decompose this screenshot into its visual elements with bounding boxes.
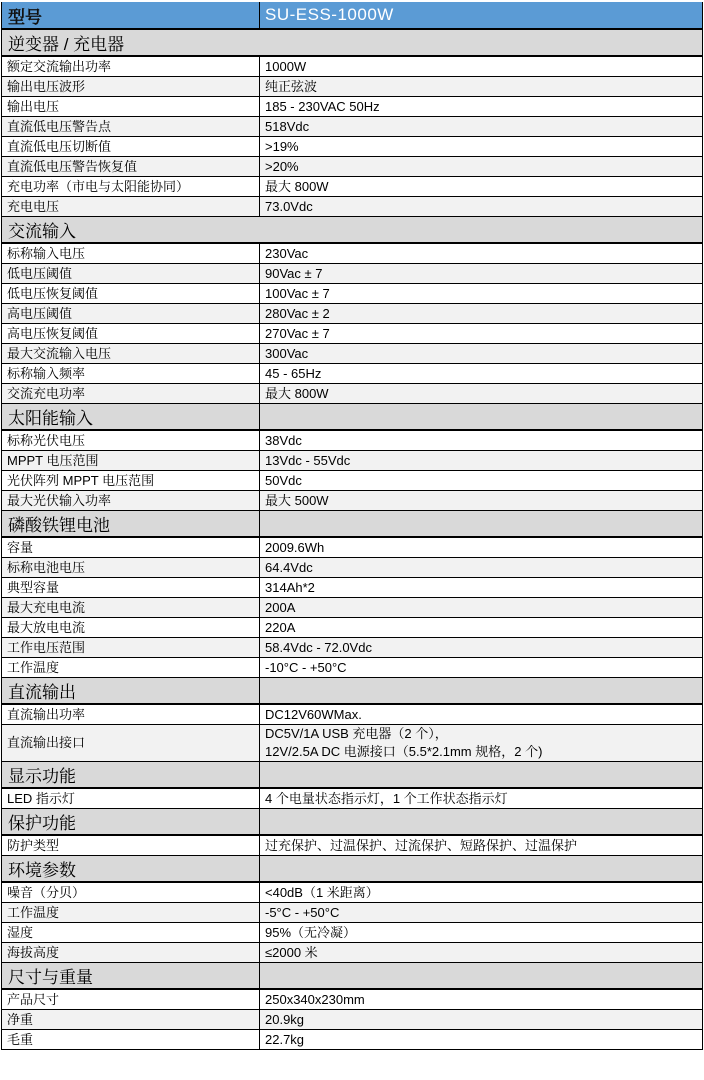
spec-row: 标称光伏电压38Vdc (2, 430, 703, 451)
section-header-row: 保护功能 (2, 809, 703, 836)
spec-row-label: 直流低电压警告点 (2, 117, 260, 137)
spec-row-label: 工作电压范围 (2, 638, 260, 658)
section-header-row: 磷酸铁锂电池 (2, 511, 703, 538)
spec-row: 净重20.9kg (2, 1010, 703, 1030)
spec-row-value: 95%（无冷凝） (260, 923, 703, 943)
spec-row-value: <40dB（1 米距离） (260, 882, 703, 903)
section-title: 保护功能 (2, 809, 260, 836)
spec-row-label: 高电压阈值 (2, 304, 260, 324)
spec-row-value: 230Vac (260, 243, 703, 264)
spec-row-value: 2009.6Wh (260, 537, 703, 558)
spec-row: 海拔高度≤2000 米 (2, 943, 703, 963)
spec-row-value: 纯正弦波 (260, 77, 703, 97)
spec-row-label: 交流充电功率 (2, 384, 260, 404)
spec-row-label: 海拔高度 (2, 943, 260, 963)
spec-row: 工作温度-10°C - +50°C (2, 658, 703, 678)
spec-row-label: 直流低电压切断值 (2, 137, 260, 157)
spec-row: 低电压恢复阈值100Vac ± 7 (2, 284, 703, 304)
spec-row-value: 最大 500W (260, 491, 703, 511)
spec-row-value: 20.9kg (260, 1010, 703, 1030)
spec-row-value: DC12V60WMax. (260, 704, 703, 725)
spec-row-value: 270Vac ± 7 (260, 324, 703, 344)
spec-row: 交流充电功率最大 800W (2, 384, 703, 404)
spec-row-label: 最大充电电流 (2, 598, 260, 618)
spec-row-value: 最大 800W (260, 177, 703, 197)
spec-row-value: >19% (260, 137, 703, 157)
section-title-spacer (260, 809, 703, 836)
spec-row-value: 250x340x230mm (260, 989, 703, 1010)
spec-row: 标称输入频率45 - 65Hz (2, 364, 703, 384)
section-title-spacer (260, 678, 703, 705)
spec-row-label: 容量 (2, 537, 260, 558)
section-header-row: 逆变器 / 充电器 (2, 29, 703, 56)
model-value: SU-ESS-1000W (260, 2, 703, 29)
spec-row-value: 518Vdc (260, 117, 703, 137)
spec-row-label: 最大放电电流 (2, 618, 260, 638)
spec-sheet: 型号 SU-ESS-1000W 逆变器 / 充电器额定交流输出功率1000W输出… (0, 0, 704, 1050)
section-title-spacer (260, 511, 703, 538)
spec-row-value: 过充保护、过温保护、过流保护、短路保护、过温保护 (260, 835, 703, 856)
spec-row-label: 工作温度 (2, 658, 260, 678)
spec-row-value: 90Vac ± 7 (260, 264, 703, 284)
spec-row-label: 额定交流输出功率 (2, 56, 260, 77)
section-title-spacer (260, 856, 703, 883)
spec-row-value: DC5V/1A USB 充电器（2 个）， 12V/2.5A DC 电源接口（5… (260, 725, 703, 762)
spec-row-value: 4 个电量状态指示灯，1 个工作状态指示灯 (260, 788, 703, 809)
spec-row-value: 73.0Vdc (260, 197, 703, 217)
spec-row-label: 湿度 (2, 923, 260, 943)
section-title: 尺寸与重量 (2, 963, 260, 990)
spec-row-label: 毛重 (2, 1030, 260, 1050)
spec-row: 高电压恢复阈值270Vac ± 7 (2, 324, 703, 344)
spec-row-label: 光伏阵列 MPPT 电压范围 (2, 471, 260, 491)
spec-row-value: 100Vac ± 7 (260, 284, 703, 304)
spec-row: 光伏阵列 MPPT 电压范围50Vdc (2, 471, 703, 491)
spec-row-value: 200A (260, 598, 703, 618)
spec-row: 工作电压范围58.4Vdc - 72.0Vdc (2, 638, 703, 658)
spec-row-value: 280Vac ± 2 (260, 304, 703, 324)
spec-row-label: 标称输入电压 (2, 243, 260, 264)
section-header-row: 太阳能输入 (2, 404, 703, 431)
spec-row: 最大充电电流200A (2, 598, 703, 618)
model-label: 型号 (2, 2, 260, 29)
spec-row: 低电压阈值90Vac ± 7 (2, 264, 703, 284)
spec-row: 典型容量314Ah*2 (2, 578, 703, 598)
spec-row-value: 314Ah*2 (260, 578, 703, 598)
spec-row: 充电电压73.0Vdc (2, 197, 703, 217)
section-title: 显示功能 (2, 762, 260, 789)
spec-row-value: 13Vdc - 55Vdc (260, 451, 703, 471)
spec-row: 产品尺寸250x340x230mm (2, 989, 703, 1010)
spec-table: 型号 SU-ESS-1000W 逆变器 / 充电器额定交流输出功率1000W输出… (1, 2, 703, 1050)
spec-row: 毛重22.7kg (2, 1030, 703, 1050)
spec-row: 最大交流输入电压300Vac (2, 344, 703, 364)
spec-row-label: 低电压恢复阈值 (2, 284, 260, 304)
spec-row-label: 直流低电压警告恢复值 (2, 157, 260, 177)
spec-row-label: 低电压阈值 (2, 264, 260, 284)
spec-row: 直流输出接口DC5V/1A USB 充电器（2 个）， 12V/2.5A DC … (2, 725, 703, 762)
spec-row: 额定交流输出功率1000W (2, 56, 703, 77)
spec-row-value: 220A (260, 618, 703, 638)
spec-row-value: 38Vdc (260, 430, 703, 451)
spec-row-value: 64.4Vdc (260, 558, 703, 578)
spec-row-value: 45 - 65Hz (260, 364, 703, 384)
section-header-row: 交流输入 (2, 217, 703, 244)
spec-row-value: 50Vdc (260, 471, 703, 491)
section-title-spacer (260, 762, 703, 789)
section-header-row: 显示功能 (2, 762, 703, 789)
section-title-spacer (260, 963, 703, 990)
spec-row: 标称输入电压230Vac (2, 243, 703, 264)
section-title: 交流输入 (2, 217, 703, 244)
spec-row-value: 1000W (260, 56, 703, 77)
spec-row-label: 输出电压波形 (2, 77, 260, 97)
spec-row-value: 58.4Vdc - 72.0Vdc (260, 638, 703, 658)
model-row: 型号 SU-ESS-1000W (2, 2, 703, 29)
spec-row-value: >20% (260, 157, 703, 177)
section-title-spacer (260, 404, 703, 431)
spec-row: 防护类型过充保护、过温保护、过流保护、短路保护、过温保护 (2, 835, 703, 856)
spec-row-value: 185 - 230VAC 50Hz (260, 97, 703, 117)
spec-row: 直流低电压切断值>19% (2, 137, 703, 157)
spec-row-label: 净重 (2, 1010, 260, 1030)
spec-row-label: 工作温度 (2, 903, 260, 923)
spec-row-label: MPPT 电压范围 (2, 451, 260, 471)
spec-row-value: 22.7kg (260, 1030, 703, 1050)
spec-row: 容量2009.6Wh (2, 537, 703, 558)
spec-row: 标称电池电压64.4Vdc (2, 558, 703, 578)
spec-row-label: 标称输入频率 (2, 364, 260, 384)
spec-row-label: 输出电压 (2, 97, 260, 117)
spec-row: LED 指示灯4 个电量状态指示灯，1 个工作状态指示灯 (2, 788, 703, 809)
spec-row-label: 充电电压 (2, 197, 260, 217)
spec-row-label: 典型容量 (2, 578, 260, 598)
spec-row-label: 产品尺寸 (2, 989, 260, 1010)
spec-row: 输出电压185 - 230VAC 50Hz (2, 97, 703, 117)
section-header-row: 尺寸与重量 (2, 963, 703, 990)
spec-row: 直流低电压警告恢复值>20% (2, 157, 703, 177)
spec-row-label: 标称光伏电压 (2, 430, 260, 451)
spec-row-label: 最大光伏输入功率 (2, 491, 260, 511)
spec-row-value: 300Vac (260, 344, 703, 364)
spec-row: MPPT 电压范围13Vdc - 55Vdc (2, 451, 703, 471)
spec-row-value: ≤2000 米 (260, 943, 703, 963)
spec-row-label: 高电压恢复阈值 (2, 324, 260, 344)
spec-row: 最大放电电流220A (2, 618, 703, 638)
spec-row-label: 直流输出功率 (2, 704, 260, 725)
spec-row-value: 最大 800W (260, 384, 703, 404)
spec-row: 工作温度-5°C - +50°C (2, 903, 703, 923)
section-title: 逆变器 / 充电器 (2, 29, 703, 56)
spec-row: 噪音（分贝）<40dB（1 米距离） (2, 882, 703, 903)
spec-row-label: 充电功率（市电与太阳能协同） (2, 177, 260, 197)
spec-row: 最大光伏输入功率最大 500W (2, 491, 703, 511)
spec-row-label: 噪音（分贝） (2, 882, 260, 903)
spec-row-label: 标称电池电压 (2, 558, 260, 578)
section-header-row: 环境参数 (2, 856, 703, 883)
spec-row: 充电功率（市电与太阳能协同）最大 800W (2, 177, 703, 197)
spec-row-label: LED 指示灯 (2, 788, 260, 809)
spec-row-value: -5°C - +50°C (260, 903, 703, 923)
spec-row: 直流低电压警告点518Vdc (2, 117, 703, 137)
spec-row: 输出电压波形纯正弦波 (2, 77, 703, 97)
spec-row-label: 直流输出接口 (2, 725, 260, 762)
section-title: 直流输出 (2, 678, 260, 705)
spec-row-label: 防护类型 (2, 835, 260, 856)
spec-row: 高电压阈值280Vac ± 2 (2, 304, 703, 324)
section-header-row: 直流输出 (2, 678, 703, 705)
section-title: 环境参数 (2, 856, 260, 883)
spec-row-value: -10°C - +50°C (260, 658, 703, 678)
section-title: 磷酸铁锂电池 (2, 511, 260, 538)
spec-table-body: 型号 SU-ESS-1000W 逆变器 / 充电器额定交流输出功率1000W输出… (2, 2, 703, 1050)
spec-row-label: 最大交流输入电压 (2, 344, 260, 364)
spec-row: 直流输出功率DC12V60WMax. (2, 704, 703, 725)
spec-row: 湿度95%（无冷凝） (2, 923, 703, 943)
section-title: 太阳能输入 (2, 404, 260, 431)
